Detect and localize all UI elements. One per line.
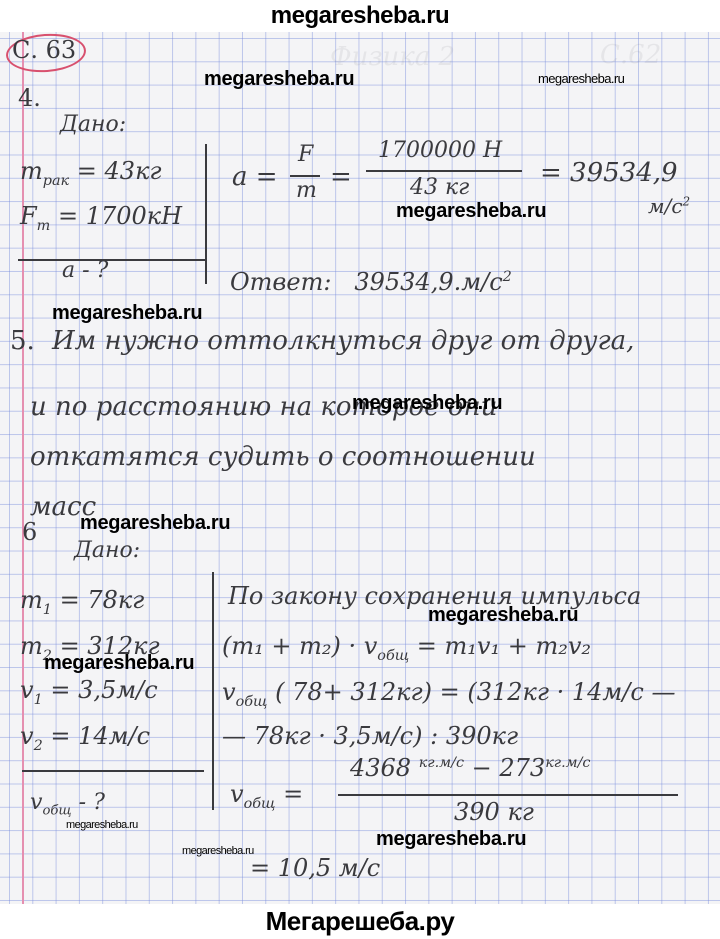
given-m1: m1 = 78кг [20, 586, 144, 618]
equation-subscript: общ [244, 796, 276, 812]
site-footer[interactable]: Мегарешеба.ру [0, 904, 720, 939]
substitution-line: vобщ ( 78+ 312кг) = (312кг · 14м/с — [222, 678, 675, 710]
problem-4-answer: Ответ: 39534,9.м/с2 [230, 268, 512, 296]
fraction-bar [338, 794, 678, 796]
given-subscript: 1 [34, 692, 43, 708]
given-mass: mрак = 43кг [20, 157, 162, 189]
given-subscript: т [37, 218, 51, 234]
equation-subscript: общ [236, 694, 268, 710]
fraction-bar [366, 170, 522, 172]
given-column-divider [212, 572, 214, 810]
watermark[interactable]: megaresheba.ru [182, 845, 254, 857]
calc-numerator: 1700000 Н [378, 138, 502, 163]
problem-4-number: 4. [18, 84, 41, 112]
watermark[interactable]: megaresheba.ru [80, 512, 230, 535]
find-rest: - ? [79, 790, 105, 815]
watermark[interactable]: megaresheba.ru [52, 302, 202, 325]
given-value: = 43кг [77, 157, 162, 185]
problem-4-find: a - ? [62, 258, 108, 283]
calc-result: = 39534,9 [540, 158, 678, 188]
equation-equals: = [283, 780, 303, 808]
formula-numerator: F [298, 142, 313, 167]
notebook-page: Физика 2 С.62 С. 63 4. Дано: mрак = 43кг… [0, 32, 720, 904]
problem-4-given-label: Дано: [60, 112, 126, 137]
answer-exponent: 2 [503, 269, 512, 285]
given-value: = 1700кН [58, 202, 182, 230]
problem-5-number: 5. [10, 326, 35, 356]
watermark[interactable]: megaresheba.ru [66, 819, 138, 831]
answer-label: Ответ: [230, 268, 331, 296]
given-value: = 78кг [60, 586, 145, 614]
problem-6-number: 6 [22, 518, 37, 546]
find-symbol: v [30, 790, 42, 815]
formula-equals: = [330, 162, 352, 192]
given-value: = 3,5м/с [50, 676, 157, 704]
given-symbol: v [20, 722, 34, 750]
given-symbol: m [20, 157, 43, 185]
equation-lhs: v [222, 678, 236, 706]
problem-6-given-label: Дано: [74, 538, 140, 563]
given-v2: v2 = 14м/с [20, 722, 150, 754]
calc-denominator: 43 кг [410, 175, 469, 200]
given-subscript: 1 [43, 602, 52, 618]
watermark[interactable]: megaresheba.ru [538, 71, 624, 86]
find-subscript: общ [42, 803, 71, 818]
answer-value: 39534,9.м/с [354, 268, 502, 296]
watermark[interactable]: megaresheba.ru [44, 652, 194, 675]
given-v1: v1 = 3,5м/с [20, 676, 158, 708]
given-symbol: v [20, 676, 34, 704]
watermark[interactable]: megaresheba.ru [204, 68, 354, 91]
given-value: = 14м/с [50, 722, 150, 750]
given-column-divider [205, 144, 207, 284]
unit-text: м/с [648, 194, 683, 218]
formula-denominator: m [296, 178, 317, 203]
watermark[interactable]: megaresheba.ru [396, 200, 546, 223]
velocity-numerator: 4368 кг.м/с − 273кг.м/с [350, 754, 590, 782]
substitution-line-continued: — 78кг · 3,5м/с) : 390кг [222, 722, 518, 750]
problem-5-line: Им нужно оттолкнуться друг от друга, [52, 326, 634, 356]
given-symbol: F [20, 202, 37, 230]
velocity-formula-lhs: vобщ = [230, 780, 303, 812]
given-subscript: 2 [34, 738, 43, 754]
numerator-term-a: 4368 [350, 754, 411, 782]
velocity-denominator: 390 кг [454, 798, 534, 826]
watermark[interactable]: megaresheba.ru [376, 828, 526, 851]
momentum-equation: (m₁ + m₂) · vобщ = m₁v₁ + m₂v₂ [222, 632, 591, 664]
final-result: = 10,5 м/с [250, 854, 380, 882]
watermark[interactable]: megaresheba.ru [352, 392, 502, 415]
page-reference: С. 63 [12, 36, 76, 64]
unit-exponent: 2 [683, 194, 691, 208]
given-divider [22, 770, 204, 772]
numerator-term-b: 273 [499, 754, 545, 782]
equation-rest: ( 78+ 312кг) = (312кг · 14м/с — [275, 678, 675, 706]
numerator-term-b-unit: кг.м/с [545, 755, 590, 771]
fraction-bar [290, 175, 320, 177]
numerator-term-a-unit: кг.м/с [419, 755, 464, 771]
equation-lhs: (m₁ + m₂) · v [222, 632, 377, 660]
given-subscript: рак [43, 173, 69, 189]
site-header[interactable]: megaresheba.ru [0, 0, 720, 32]
problem-6-find: vобщ - ? [30, 790, 105, 818]
equation-rhs: = m₁v₁ + m₂v₂ [417, 632, 591, 660]
given-force: Fт = 1700кН [20, 202, 182, 234]
given-symbol: m [20, 586, 43, 614]
equation-lhs: v [230, 780, 244, 808]
given-divider [18, 259, 206, 261]
formula-lhs: a = [232, 162, 278, 192]
watermark[interactable]: megaresheba.ru [428, 604, 578, 627]
problem-5-line: откатятся судить о соотношении [30, 442, 536, 472]
bleed-through-text: С.62 [600, 40, 661, 70]
numerator-minus: − [472, 754, 492, 782]
given-symbol: m [20, 632, 43, 660]
equation-subscript: общ [377, 648, 409, 664]
calc-result-unit: м/с2 [648, 194, 690, 218]
